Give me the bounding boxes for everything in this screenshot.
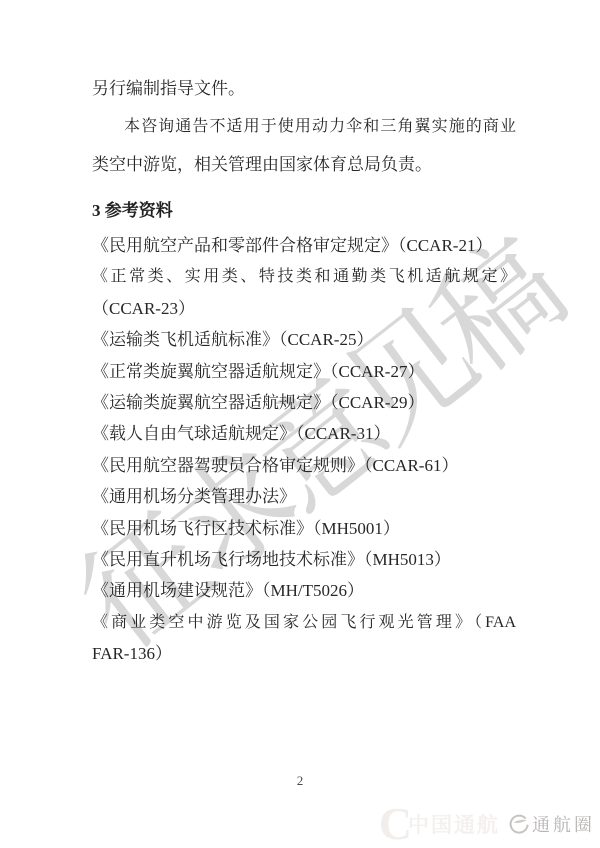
paragraph-line: 本咨询通告不适用于使用动力伞和三角翼实施的商业: [92, 108, 516, 146]
c-logo-mark: C: [379, 803, 412, 845]
document-page: 征求意见稿 另行编制指导文件。 本咨询通告不适用于使用动力伞和三角翼实施的商业 …: [0, 0, 600, 848]
footer-logo: C 中国通航 通航圈: [379, 803, 595, 845]
reference-line: FAR-136）: [92, 638, 516, 669]
section-heading: 3 参考资料: [92, 194, 516, 228]
reference-line: 《运输类飞机适航标准》（CCAR-25）: [92, 324, 516, 355]
reference-line: 《运输类旋翼航空器适航规定》（CCAR-29）: [92, 387, 516, 418]
paragraph-line: 另行编制指导文件。: [92, 70, 516, 108]
reference-line: （CCAR-23）: [92, 293, 516, 324]
reference-line: 《民用航空器驾驶员合格审定规则》（CCAR-61）: [92, 450, 516, 481]
reference-line: 《民用直升机场飞行场地技术标准》（MH5013）: [92, 544, 516, 575]
reference-line: 《载人自由气球适航规定》（CCAR-31）: [92, 418, 516, 449]
reference-line: 《正常类旋翼航空器适航规定》（CCAR-27）: [92, 356, 516, 387]
reference-line: 《通用机场分类管理办法》: [92, 481, 516, 512]
badge-text: 通航圈: [532, 811, 595, 837]
reference-line: 《民用航空产品和零部件合格审定规定》（CCAR-21）: [92, 230, 516, 261]
reference-line: 《正常类、实用类、特技类和通勤类飞机适航规定》: [92, 261, 516, 292]
reference-line: 《商业类空中游览及国家公园飞行观光管理》（FAA: [92, 607, 516, 638]
reference-line: 《通用机场建设规范》（MH/T5026）: [92, 575, 516, 606]
paragraph-line: 类空中游览，相关管理由国家体育总局负责。: [92, 146, 516, 184]
page-content: 另行编制指导文件。 本咨询通告不适用于使用动力伞和三角翼实施的商业 类空中游览，…: [92, 70, 516, 670]
reference-line: 《民用机场飞行区技术标准》（MH5001）: [92, 513, 516, 544]
page-number: 2: [0, 773, 600, 789]
brand-text: 中国通航: [408, 809, 500, 839]
wing-swoosh-icon: [506, 812, 530, 836]
